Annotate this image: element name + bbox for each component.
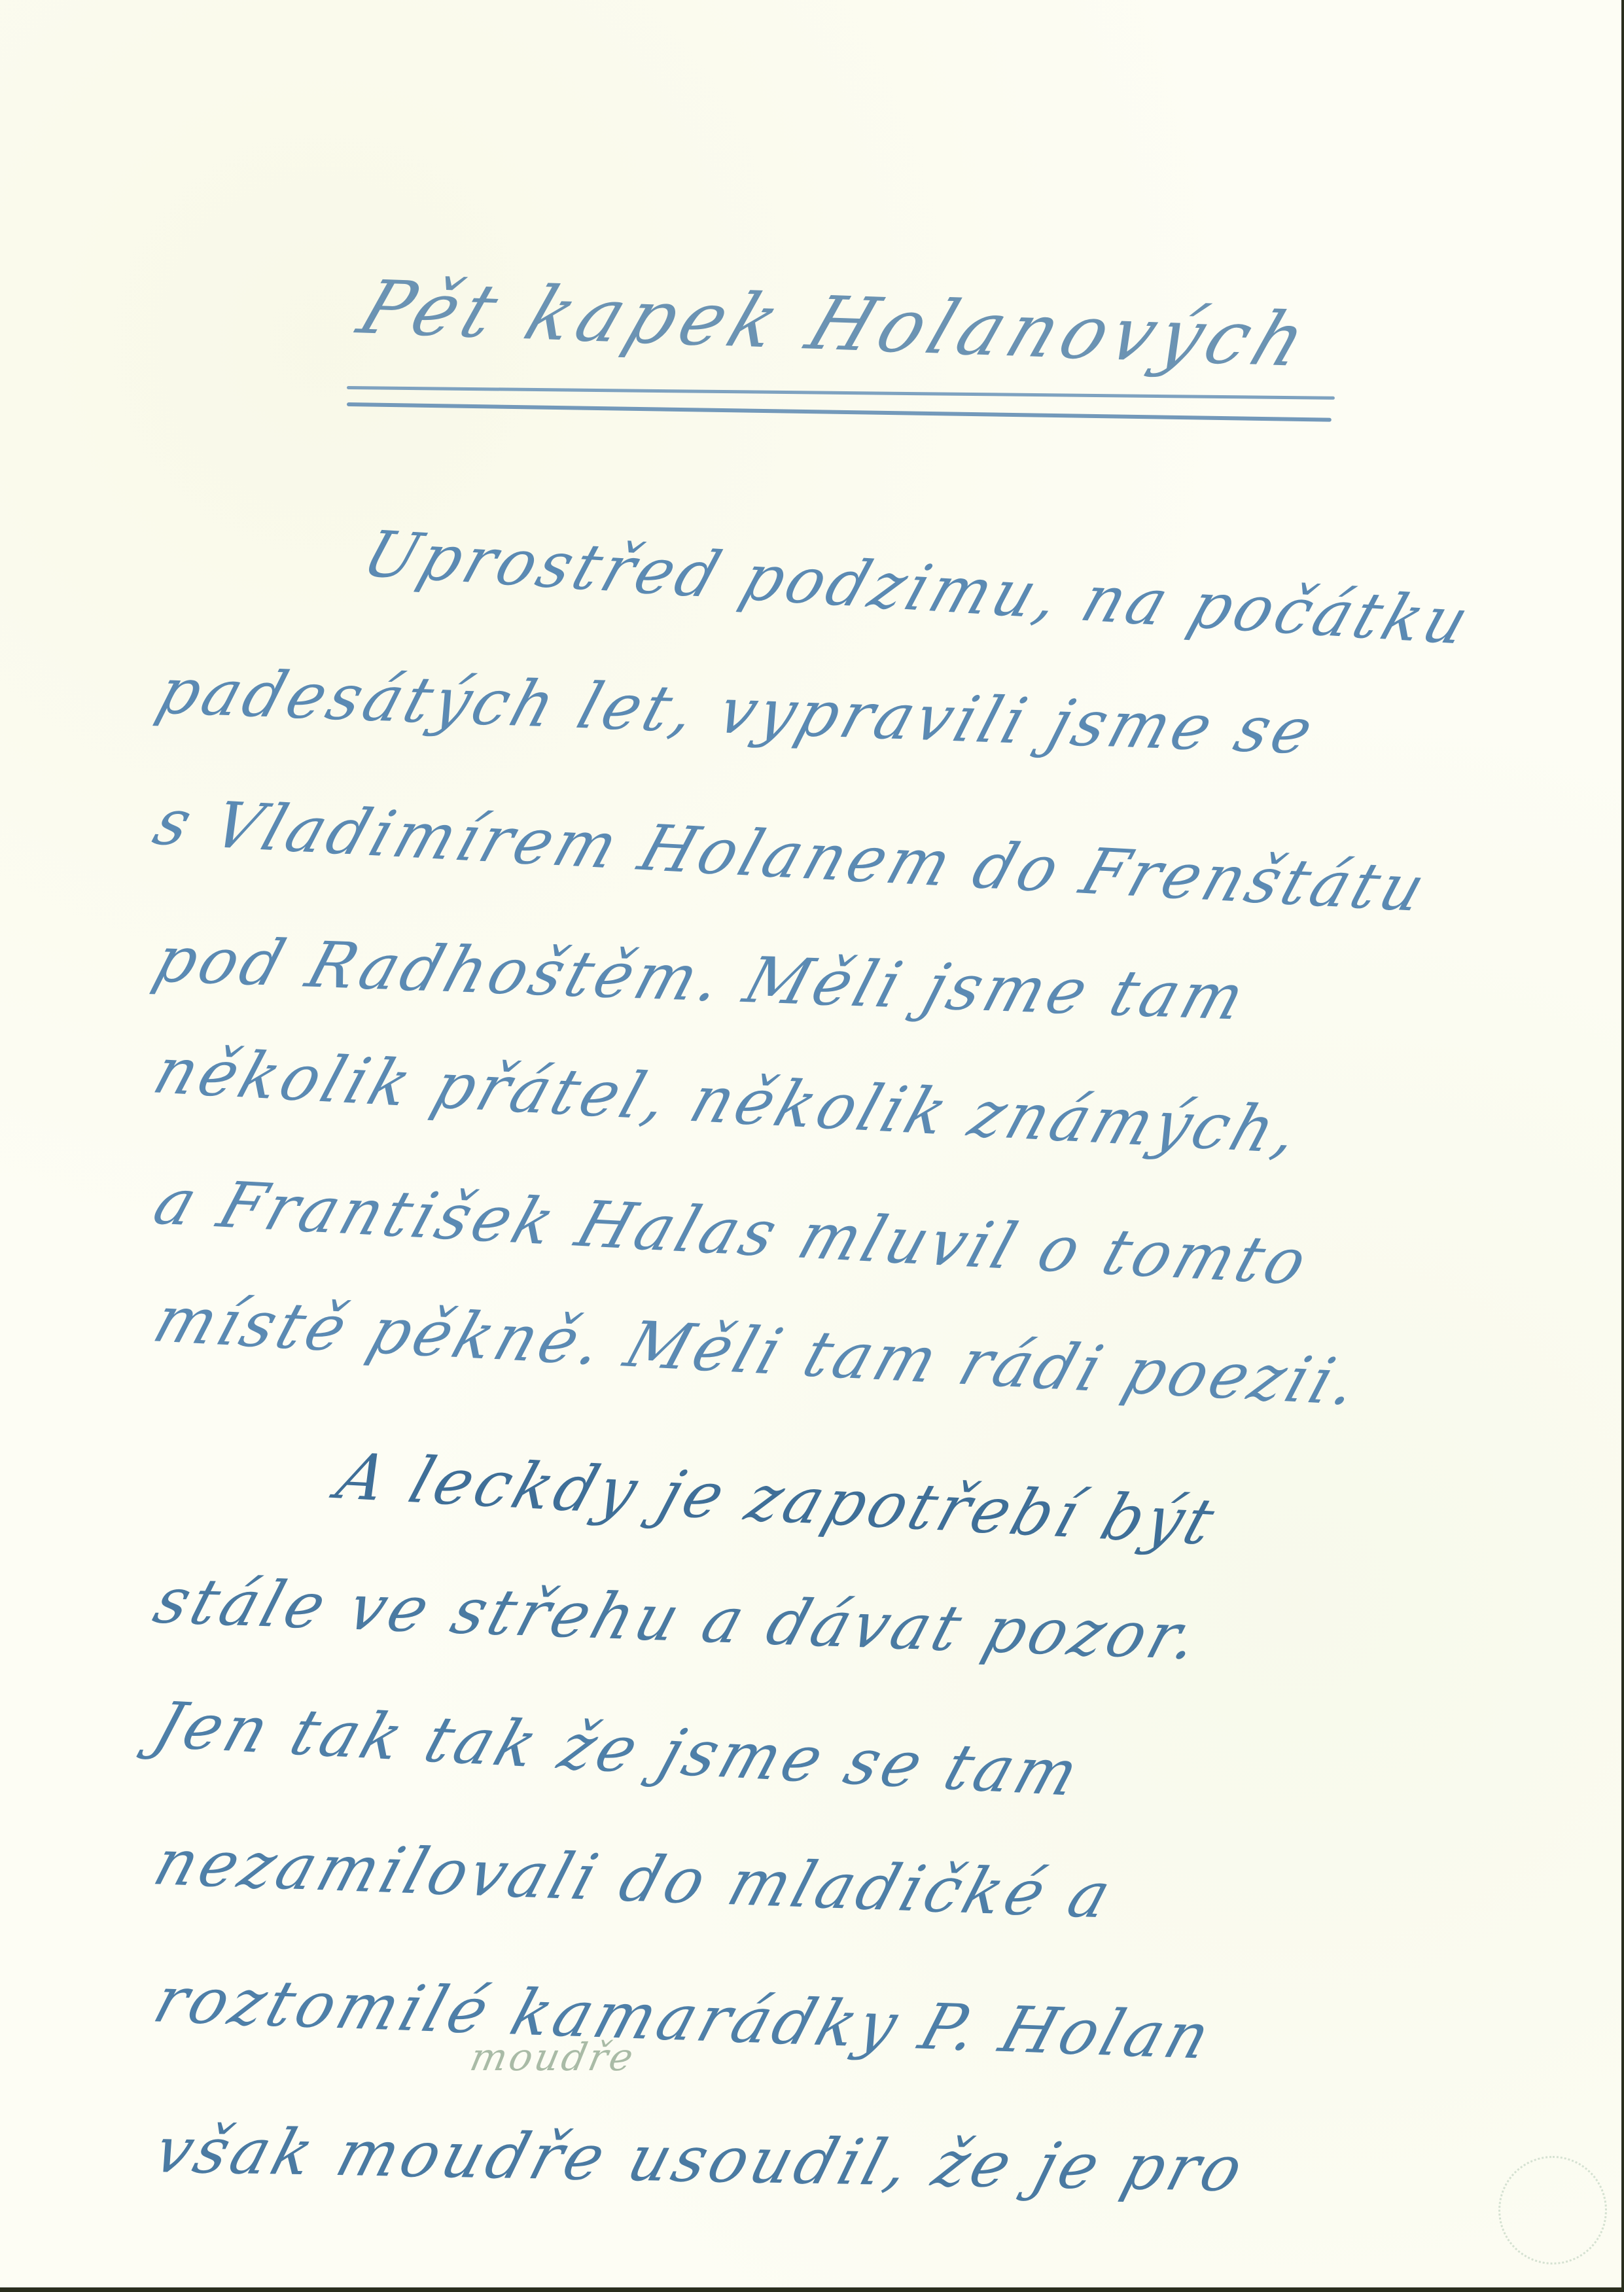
- paragraph-2-line-1: A leckdy je zapotřebí být: [328, 1439, 1227, 1559]
- paragraph-2-line-3: Jen tak tak že jsme se tam: [145, 1688, 1091, 1810]
- manuscript-page: Pět kapek Holanových Uprostřed podzimu, …: [0, 0, 1621, 2287]
- paragraph-2-line-4: nezamilovali do mladičké a: [146, 1825, 1123, 1932]
- paragraph-1-line-1: Uprostřed podzimu, na počátku: [355, 517, 1481, 659]
- faint-stamp-mark: [1498, 2156, 1607, 2265]
- paragraph-1-line-2: padesátých let, vypravili jsme se: [149, 654, 1325, 768]
- pencil-annotation: moudře: [467, 2035, 640, 2079]
- paragraph-2-line-5: roztomilé kamarádky P. Holan: [146, 1963, 1222, 2073]
- paragraph-1-line-6: a František Halas mluvil o tomto: [145, 1165, 1319, 1299]
- title-underline-top: [347, 386, 1335, 400]
- paragraph-1-line-7: místě pěkně. Měli tam rádi poezii.: [145, 1282, 1371, 1419]
- paragraph-1-line-3: s Vladimírem Holanem do Frenštátu: [145, 785, 1438, 926]
- page-title: Pět kapek Holanových: [348, 265, 1324, 383]
- paragraph-1-line-5: několik přátel, několik známých,: [145, 1034, 1312, 1168]
- title-underline-bottom: [347, 402, 1332, 422]
- paragraph-2-line-2: stále ve střehu a dávat pozor.: [146, 1564, 1211, 1674]
- paragraph-2-line-6: však moudře usoudil, že je pro: [147, 2113, 1254, 2206]
- paragraph-1-line-4: pod Radhoštěm. Měli jsme tam: [146, 923, 1256, 1034]
